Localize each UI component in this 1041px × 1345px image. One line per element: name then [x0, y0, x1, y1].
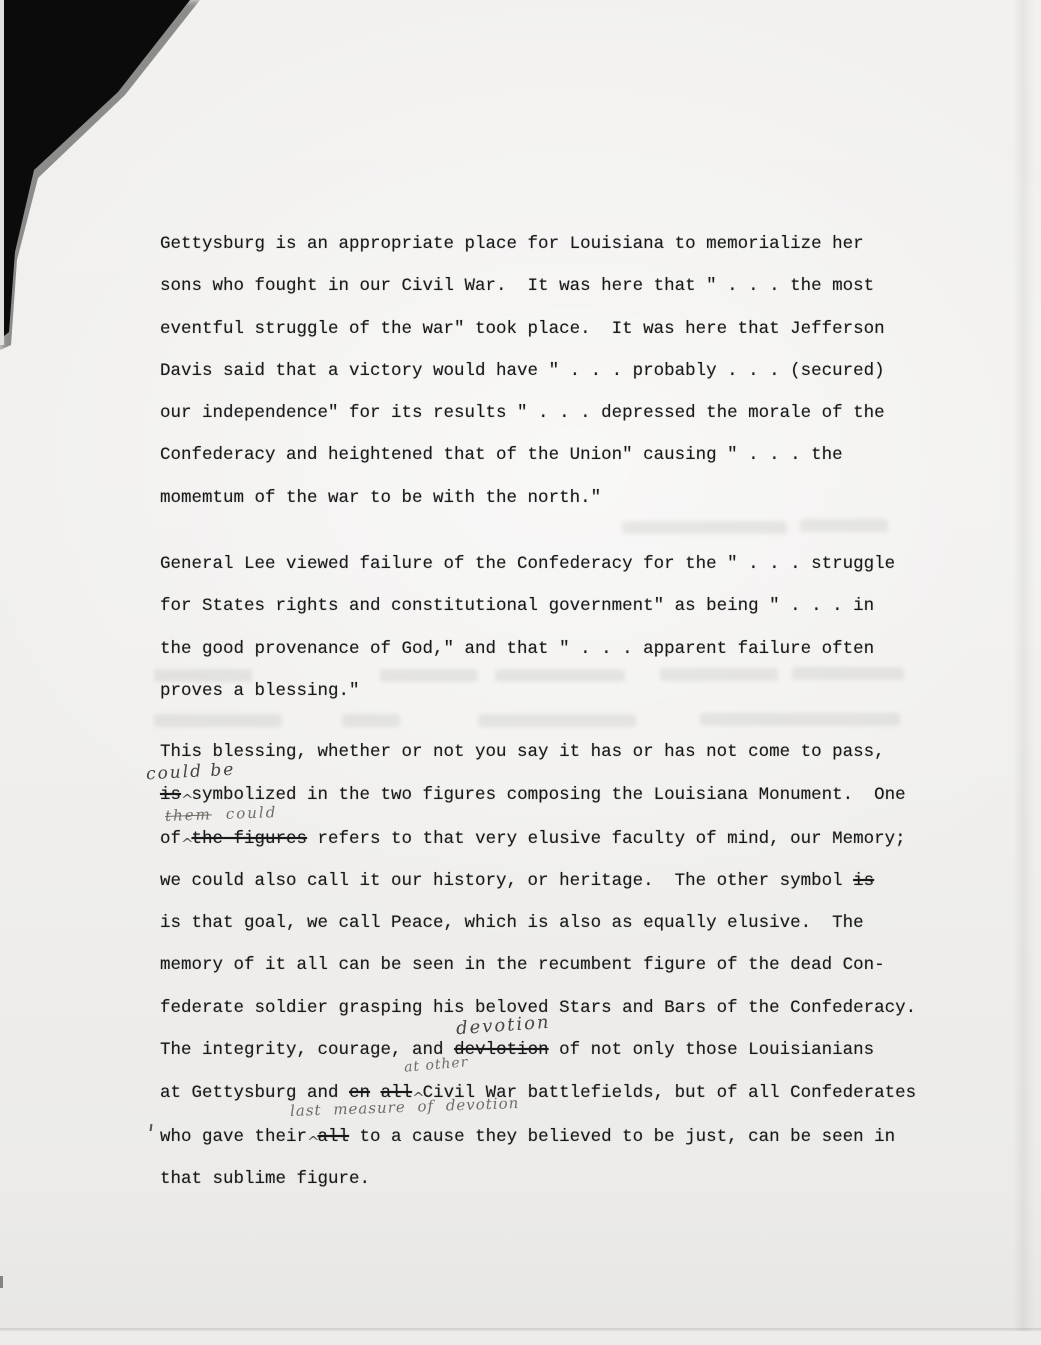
page-scan: Gettysburg is an appropriate place for L… — [0, 0, 1041, 1345]
typed-line: This blessing, whether or not you say it… — [160, 731, 960, 773]
typed-paragraph-1: Gettysburg is an appropriate place for L… — [160, 223, 960, 519]
typed-line: for States rights and constitutional gov… — [160, 585, 960, 627]
typed-text: momemtum of the war to be with the north… — [160, 488, 601, 508]
typed-paragraph-2: General Lee viewed failure of the Confed… — [160, 543, 960, 712]
typed-text: eventful struggle of the war" took place… — [160, 319, 885, 339]
typed-text: sons who fought in our Civil War. It was… — [160, 276, 874, 296]
typed-text: Confederacy and heightened that of the U… — [160, 445, 843, 465]
typed-text: of — [160, 829, 181, 849]
typed-line: at Gettysburg and en all^Civil War battl… — [160, 1071, 960, 1114]
typed-text: Gettysburg is an appropriate place for L… — [160, 234, 864, 254]
typed-text: to a cause they believed to be just, can… — [349, 1127, 895, 1147]
typed-text: of not only those Louisianians — [549, 1040, 875, 1060]
typed-text: symbolized in the two figures composing … — [192, 785, 906, 805]
typed-line: sons who fought in our Civil War. It was… — [160, 265, 960, 307]
typed-line: proves a blessing." — [160, 670, 960, 712]
typed-text: memory of it all can be seen in the recu… — [160, 955, 885, 975]
handwritten-them-struck: them — [165, 805, 212, 825]
typed-line: the good provenance of God," and that " … — [160, 628, 960, 670]
typed-text: for States rights and constitutional gov… — [160, 596, 874, 616]
strikethrough-text: is — [160, 785, 181, 805]
typed-line: federate soldier grasping his beloved St… — [160, 987, 960, 1029]
typed-text: that sublime figure. — [160, 1169, 370, 1189]
page-crease — [1013, 0, 1035, 1345]
insertion-caret: ^ — [181, 823, 192, 865]
insertion-caret: ^ — [307, 1121, 318, 1163]
strikethrough-text: all — [318, 1127, 350, 1147]
typed-line: Gettysburg is an appropriate place for L… — [160, 223, 960, 265]
typed-line: is^symbolized in the two figures composi… — [160, 773, 960, 816]
typed-line: eventful struggle of the war" took place… — [160, 308, 960, 350]
bleedthrough-artifact — [800, 519, 888, 532]
typed-text: Davis said that a victory would have " .… — [160, 361, 885, 381]
typed-line: Confederacy and heightened that of the U… — [160, 434, 960, 476]
typed-text: we could also call it our history, or he… — [160, 871, 853, 891]
typed-paragraph-3: This blessing, whether or not you say it… — [160, 731, 960, 1200]
typed-line: we could also call it our history, or he… — [160, 860, 960, 902]
typed-text: our independence" for its results " . . … — [160, 403, 885, 423]
typed-line: Davis said that a victory would have " .… — [160, 350, 960, 392]
typed-text: the good provenance of God," and that " … — [160, 639, 874, 659]
strikethrough-text: devlotion — [454, 1040, 549, 1060]
bleedthrough-artifact — [700, 713, 900, 726]
typed-text: The integrity, courage, and — [160, 1040, 454, 1060]
typed-line: of^the figures refers to that very elusi… — [160, 817, 960, 860]
bleedthrough-artifact — [154, 714, 282, 727]
bleedthrough-artifact — [342, 714, 400, 727]
typed-line: momemtum of the war to be with the north… — [160, 477, 960, 519]
typed-text: This blessing, whether or not you say it… — [160, 742, 885, 762]
typed-line: The integrity, courage, and devlotion of… — [160, 1029, 960, 1071]
typed-text: refers to that very elusive faculty of m… — [307, 829, 906, 849]
pencil-tick-mark — [150, 1124, 153, 1131]
strikethrough-text: the figures — [192, 829, 308, 849]
bleedthrough-artifact — [478, 714, 636, 727]
typed-text: is that goal, we call Peace, which is al… — [160, 913, 864, 933]
page-left-edge — [0, 0, 4, 345]
typed-line: is that goal, we call Peace, which is al… — [160, 902, 960, 944]
typed-line: General Lee viewed failure of the Confed… — [160, 543, 960, 585]
strikethrough-text: is — [853, 871, 874, 891]
handwritten-could: could — [225, 803, 277, 823]
typed-text: General Lee viewed failure of the Confed… — [160, 554, 895, 574]
page-bottom-band — [0, 1331, 1041, 1345]
typed-text: who gave their — [160, 1127, 307, 1147]
typed-line: our independence" for its results " . . … — [160, 392, 960, 434]
typed-line: that sublime figure. — [160, 1158, 960, 1200]
edge-mark — [0, 1276, 3, 1288]
typed-text: proves a blessing." — [160, 681, 360, 701]
bleedthrough-artifact — [622, 521, 787, 534]
typed-line: memory of it all can be seen in the recu… — [160, 944, 960, 986]
typed-line: who gave their^all to a cause they belie… — [160, 1115, 960, 1158]
